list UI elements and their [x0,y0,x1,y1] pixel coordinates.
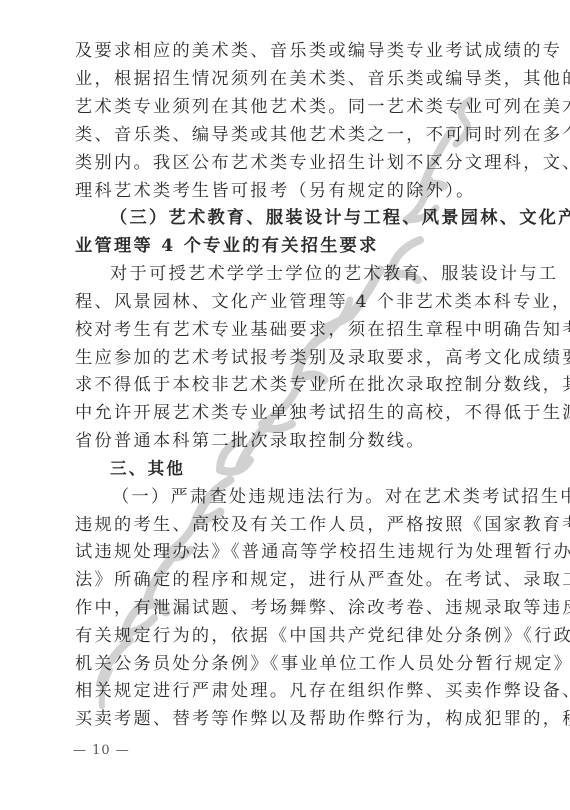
body-line: 法》所确定的程序和规定，进行从严查处。在考试、录取工 [75,566,497,594]
body-line: （一）严肃查处违规违法行为。对在艺术类考试招生中 [112,483,497,511]
body-line: 对于可授艺术学学士学位的艺术教育、服装设计与工 [110,260,497,288]
body-line: 求不得低于本校非艺术类专业所在批次录取控制分数线，其 [75,371,497,399]
body-line: 业，根据招生情况须列在美术类、音乐类或编导类，其他的 [75,65,497,93]
body-line: 相关规定进行严肃处理。凡存在组织作弊、买卖作弊设备、 [75,677,497,705]
body-line: 生应参加的艺术考试报考类别及录取要求，高考文化成绩要 [75,344,497,372]
body-line: 买卖考题、替考等作弊以及帮助作弊行为，构成犯罪的，移 [75,705,497,733]
body-line: 程、风景园林、文化产业管理等 4 个非艺术类本科专业，高 [75,288,497,316]
body-line: 及要求相应的美术类、音乐类或编导类专业考试成绩的专 [75,37,497,65]
document-page: 及要求相应的美术类、音乐类或编导类专业考试成绩的专 业，根据招生情况须列在美术类… [0,0,570,810]
body-line: 艺术类专业须列在其他艺术类。同一艺术类专业可列在美术 [75,93,497,121]
body-line: 省份普通本科第二批次录取控制分数线。 [75,427,497,455]
body-line: 违规的考生、高校及有关工作人员，严格按照《国家教育考 [75,511,497,539]
page-number: — 10 — [73,743,130,758]
body-line: 类、音乐类、编导类或其他艺术类之一，不可同时列在多个 [75,121,497,149]
section-subheading: （三）艺术教育、服装设计与工程、风景园林、文化产 [110,204,497,232]
body-line: 类别内。我区公布艺术类专业招生计划不区分文理科，文、 [75,149,497,177]
body-line: 中允许开展艺术类专业单独考试招生的高校，不得低于生源 [75,399,497,427]
body-line: 试违规处理办法》《普通高等学校招生违规行为处理暂行办 [75,538,497,566]
body-line: 作中，有泄漏试题、考场舞弊、涂改考卷、违规录取等违反 [75,594,497,622]
body-line: 理科艺术类考生皆可报考（另有规定的除外）。 [75,177,497,205]
body-line: 机关公务员处分条例》《事业单位工作人员处分暂行规定》 [75,650,497,678]
body-line: 校对考生有艺术专业基础要求，须在招生章程中明确告知考 [75,316,497,344]
section-subheading: 业管理等 4 个专业的有关招生要求 [75,232,497,260]
section-heading: 三、其他 [110,455,497,483]
body-line: 有关规定行为的，依据《中国共产党纪律处分条例》《行政 [75,622,497,650]
